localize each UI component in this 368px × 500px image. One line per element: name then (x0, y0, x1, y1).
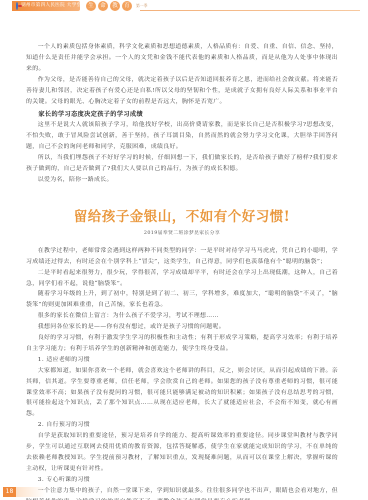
badge-suffix: 第一季 (136, 3, 147, 9)
paragraph: 大家都知道，如果你喜欢一个老师，就会喜欢这个老师讲的科目，反之，则会讨厌，从而引… (26, 366, 338, 421)
header-divider (140, 10, 360, 11)
badge-3: 教 (110, 1, 120, 11)
paragraph: 二是平时看起来很努力，很少玩，学得很苦，学习成绩却平平，有时还会在学习上出现低潮… (26, 268, 338, 290)
paragraph: 这里不是说大人就该陪孩子学习，给他找好学校，出高价费请家教，而是家长自己是否积极… (26, 120, 338, 153)
paragraph: 作为父母，是否能善待自己的父母，就决定着孩子以后是否知道回报养育之恩，进而给社会… (26, 75, 338, 108)
badge-2: 命 (98, 1, 108, 11)
page-header: 湖州市第四人民医院 大学堂 生 命 教 育 第一季 (0, 0, 368, 14)
subsection-title: 2. 自行预习的习惯 (26, 420, 338, 431)
paragraph: 在教学过程中，老师常常会遇到这样两种不同类型的同学：一是平时对待学习马马虎虎，凭… (26, 246, 338, 268)
page-number-decoration (16, 487, 46, 497)
header-badges: 生 命 教 育 第一季 (86, 1, 147, 11)
school-logo-icon (16, 2, 18, 10)
subsection-title: 3. 专心听课的习惯 (26, 475, 338, 486)
paragraph: 我想问各位家长的是——你有没有想过，或许是孩子习惯的问题呢。 (26, 322, 338, 333)
subsection-title: 1. 适应老师的习惯 (26, 355, 338, 366)
section-heading: 家长的学习态度决定孩子的学习成绩 (26, 109, 338, 120)
article-title: 留给孩子金银山，不如有个好习惯! (26, 208, 338, 226)
paragraph: 自学是获取知识的重要途径，预习是培养自学的能力、提高听课效率的重要途径。同步课堂… (26, 431, 338, 475)
paragraph: 所以，当我们埋怨孩子不好好学习的时候，仔细回想一下，我们做家长的，是否给孩子做好… (26, 153, 338, 175)
article-subtitle: 2019届奉贤二班涂梦昆家长分享 (26, 229, 338, 240)
paragraph: 随着学习年级的上升，到了初中，特别是到了初二、初三，学科增多，难度加大，“聪明的… (26, 289, 338, 311)
page-number: 18 (3, 487, 16, 497)
paragraph: 一个注意力集中的孩子，自然一堂课下来，学到知识就最多。往往很多同学也不出声，眼睛… (26, 486, 338, 500)
banner-text: 湖州市第四人民医院 大学堂 (21, 4, 82, 9)
page-content: 一个人的素质包括身体素质，科学文化素质和思想道德素质，人格品质有：自爱、自重、自… (26, 42, 338, 500)
paragraph: 以爱为名，陪你一路成长。 (26, 175, 338, 186)
badge-1: 生 (86, 1, 96, 11)
paragraph: 很多的家长在微信上留言：为什么孩子不爱学习，考试不理想…… (26, 311, 338, 322)
header-banner: 湖州市第四人民医院 大学堂 (12, 1, 80, 11)
paragraph: 一个人的素质包括身体素质，科学文化素质和思想道德素质，人格品质有：自爱、自重、自… (26, 42, 338, 75)
paragraph: 良好的学习习惯，有利于激发学生学习的积极性和主动性；有利于形成学习策略，提高学习… (26, 333, 338, 355)
badge-4: 育 (122, 1, 132, 11)
